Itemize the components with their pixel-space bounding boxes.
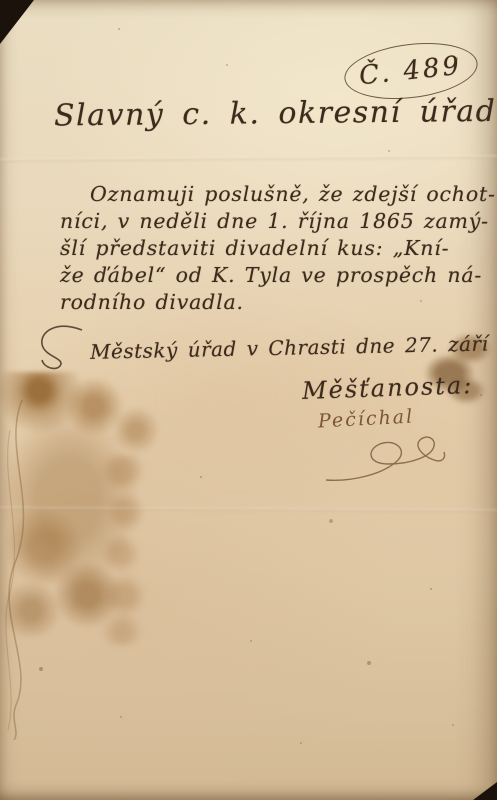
- dateline-row: Městský úřad v Chrasti dne 27. září 1865: [36, 324, 497, 370]
- salutation: Slavný c. k. okresní úřade!: [54, 94, 497, 134]
- left-edge-crease: [0, 400, 60, 740]
- body-line: rodního divadla.: [60, 289, 474, 316]
- body-line: že ďábel“ od K. Tyla ve prospěch ná-: [60, 262, 474, 289]
- body-line: šlí představiti divadelní kus: „Kní-: [60, 235, 474, 262]
- stain-dots-column: [96, 455, 150, 645]
- paper-sheet: Č. 489 Slavný c. k. okresní úřade! Oznam…: [0, 0, 497, 800]
- body-paragraph: Oznamuji poslušně, že zdejší ochot- níci…: [60, 181, 474, 316]
- body-line: Oznamuji poslušně, že zdejší ochot-: [60, 181, 474, 208]
- paper-specks: [0, 0, 2, 2]
- reference-number: Č. 489: [358, 51, 464, 92]
- body-line: níci, v neděli dne 1. října 1865 zamý-: [60, 208, 474, 235]
- document-photo: Č. 489 Slavný c. k. okresní úřade! Oznam…: [0, 0, 497, 800]
- signature-paraph-flourish-icon: [322, 430, 452, 488]
- calligraphic-flourish-icon: [36, 324, 88, 370]
- crease-line-upper: [0, 155, 497, 161]
- dateline: Městský úřad v Chrasti dne 27. září 1865: [90, 330, 497, 364]
- signature-title: Měšťanosta:: [302, 371, 474, 405]
